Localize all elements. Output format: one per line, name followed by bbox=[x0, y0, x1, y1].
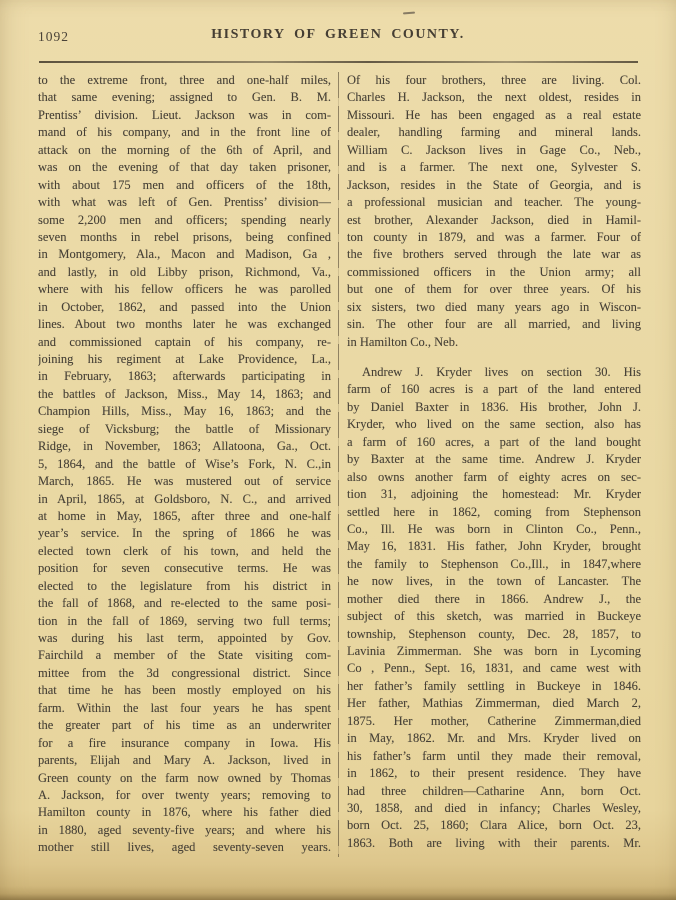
text-line: had three children—Catharine Ann, born O… bbox=[347, 783, 641, 800]
text-line: Kryder, who lived on the same section, a… bbox=[347, 416, 641, 433]
text-line: mittee from the 3d congressional distric… bbox=[38, 665, 331, 682]
text-line: mand of his company, and in the front li… bbox=[38, 124, 331, 141]
text-line: by Baxter at the same time. Andrew J. Kr… bbox=[347, 451, 641, 468]
text-line: Andrew J. Kryder lives on section 30. Hi… bbox=[347, 364, 641, 381]
text-line: the family to Stephenson Co.,Ill., in 18… bbox=[347, 556, 641, 573]
text-line: ton county in 1879, and was a farmer. Fo… bbox=[347, 229, 641, 246]
text-line: 5, 1864, and the battle of Wise’s Fork, … bbox=[38, 456, 331, 473]
text-line: attack on the morning of the 6th of Apri… bbox=[38, 142, 331, 159]
paragraph: Of his four brothers, three are living. … bbox=[347, 72, 641, 351]
text-line: siege of Vicksburg; the battle of Missio… bbox=[38, 421, 331, 438]
text-line: in 1862, to their present residence. The… bbox=[347, 765, 641, 782]
paragraph: Andrew J. Kryder lives on section 30. Hi… bbox=[347, 364, 641, 852]
text-line: with about 175 men and officers of the 1… bbox=[38, 177, 331, 194]
text-line: Hamilton county in 1876, where his fathe… bbox=[38, 804, 331, 821]
text-line: joining his regiment at Lake Providence,… bbox=[38, 351, 331, 368]
text-line: that same evening; assigned to Gen. B. M… bbox=[38, 89, 331, 106]
text-line: with what was left of Gen. Prentiss’ div… bbox=[38, 194, 331, 211]
column-divider bbox=[338, 72, 339, 857]
text-line: the five brothers served through the lat… bbox=[347, 246, 641, 263]
text-line: six sisters, two died many years ago in … bbox=[347, 299, 641, 316]
text-line: also owns another farm of eighty acres o… bbox=[347, 469, 641, 486]
text-line: some 2,200 men and officers; spending ne… bbox=[38, 212, 331, 229]
text-columns: to the extreme front, three and one-half… bbox=[38, 72, 641, 857]
text-line: settled here in 1862, coming from Stephe… bbox=[347, 504, 641, 521]
text-line: 1863. Both are living with their parents… bbox=[347, 835, 641, 852]
text-line: for a fire insurance company in Iowa. Hi… bbox=[38, 735, 331, 752]
text-line: tion in the fall of 1869, serving two fu… bbox=[38, 613, 331, 630]
text-line: Jackson, resides in the State of Georgia… bbox=[347, 177, 641, 194]
text-line: Green county on the farm now owned by Th… bbox=[38, 770, 331, 787]
text-line: 1875. Her mother, Catherine Zimmerman,di… bbox=[347, 713, 641, 730]
text-line: he now lives, in the town of Lancaster. … bbox=[347, 573, 641, 590]
paragraph: to the extreme front, three and one-half… bbox=[38, 72, 331, 857]
text-line: but one of them for over three years. Of… bbox=[347, 281, 641, 298]
text-line: was during his last term, appointed by G… bbox=[38, 630, 331, 647]
right-text-column: Of his four brothers, three are living. … bbox=[347, 72, 641, 857]
text-line: Prentiss’ division. Lieut. Jackson was i… bbox=[38, 107, 331, 124]
text-line: a professional musician and teacher. The… bbox=[347, 194, 641, 211]
text-line: in February, 1863; afterwards participat… bbox=[38, 368, 331, 385]
text-line: in Montgomery, Ala., Macon and Madison, … bbox=[38, 246, 331, 263]
text-line: year’s service. In the spring of 1866 he… bbox=[38, 525, 331, 542]
text-line: subject of this sketch, was married in B… bbox=[347, 608, 641, 625]
text-line: farm of 160 acres is a part of the land … bbox=[347, 381, 641, 398]
text-line: 30, 1858, and died in infancy; Charles W… bbox=[347, 800, 641, 817]
text-line: at home in May, 1865, after three and on… bbox=[38, 508, 331, 525]
text-line: mother still lives, aged seventy-seven y… bbox=[38, 839, 331, 856]
text-line: was on the evening of that day taken pri… bbox=[38, 159, 331, 176]
page-bottom-edge bbox=[0, 886, 676, 900]
text-line: Co , Penn., Sept. 16, 1831, and came wes… bbox=[347, 660, 641, 677]
text-line: dealer, handling farming and mineral lan… bbox=[347, 124, 641, 141]
text-line: May 16, 1831. His father, John Kryder, b… bbox=[347, 538, 641, 555]
text-line: and commissioned captain of his company,… bbox=[38, 334, 331, 351]
text-line: in April, 1865, at Goldsboro, N. C., and… bbox=[38, 491, 331, 508]
text-line: Her father, Mathias Zimmerman, died Marc… bbox=[347, 695, 641, 712]
text-line: in 1880, aged seventy-five years; and wh… bbox=[38, 822, 331, 839]
text-line: to the extreme front, three and one-half… bbox=[38, 72, 331, 89]
running-title: HISTORY OF GREEN COUNTY. bbox=[0, 27, 676, 43]
text-line: sin. The other four are all married, and… bbox=[347, 316, 641, 333]
text-line: township, Stephenson county, Dec. 28, 18… bbox=[347, 626, 641, 643]
text-line: position for seven consecutive terms. He… bbox=[38, 560, 331, 577]
text-line: a farm of 160 acres, a part of the land … bbox=[347, 434, 641, 451]
text-line: parents, Elijah and Mary A. Jackson, liv… bbox=[38, 752, 331, 769]
text-line: and lastly, in old Libby prison, Richmon… bbox=[38, 264, 331, 281]
text-line: in Hamilton Co., Neb. bbox=[347, 334, 641, 351]
text-line: where with his fellow officers he was pa… bbox=[38, 281, 331, 298]
text-line: Fairchild a member of the State visiting… bbox=[38, 647, 331, 664]
text-line: the battles of Jackson, Miss., May 14, 1… bbox=[38, 386, 331, 403]
book-page: 1092 HISTORY OF GREEN COUNTY. to the ext… bbox=[0, 0, 676, 900]
text-line: William C. Jackson lives in Gage Co., Ne… bbox=[347, 142, 641, 159]
text-line: est brother, Alexander Jackson, died in … bbox=[347, 212, 641, 229]
left-text-column: to the extreme front, three and one-half… bbox=[38, 72, 331, 857]
text-line: farm. Within the last four years he has … bbox=[38, 700, 331, 717]
text-line: the fall of 1868, and re-elected to the … bbox=[38, 595, 331, 612]
text-line: A. Jackson, for over twenty years; remov… bbox=[38, 787, 331, 804]
text-line: elected town clerk of his town, and held… bbox=[38, 543, 331, 560]
text-line: mother died there in 1866. Andrew J., th… bbox=[347, 591, 641, 608]
header-rule bbox=[39, 61, 638, 63]
text-line: March, 1865. He was mustered out of serv… bbox=[38, 473, 331, 490]
text-line: in May, 1862. Mr. and Mrs. Kryder lived … bbox=[347, 730, 641, 747]
scan-artifact-dash bbox=[403, 12, 415, 15]
text-line: Co., Ill. He was born in Clinton Co., Pe… bbox=[347, 521, 641, 538]
text-line: that time he has been mostly employed on… bbox=[38, 682, 331, 699]
text-line: Lavinia Zimmerman. She was born in Lycom… bbox=[347, 643, 641, 660]
text-line: her father’s family settling in Buckeye … bbox=[347, 678, 641, 695]
text-line: elected to the legislature from his dist… bbox=[38, 578, 331, 595]
text-line: commissioned officers in the Union army;… bbox=[347, 264, 641, 281]
text-line: and is a farmer. The next one, Sylvester… bbox=[347, 159, 641, 176]
text-line: in October, 1862, and passed into the Un… bbox=[38, 299, 331, 316]
text-line: lines. About two months later he was exc… bbox=[38, 316, 331, 333]
text-line: Champion Hills, Miss., May 16, 1863; and… bbox=[38, 403, 331, 420]
text-line: Ridge, in November, 1863; Allatoona, Ga.… bbox=[38, 438, 331, 455]
text-line: Charles H. Jackson, the next oldest, res… bbox=[347, 89, 641, 106]
text-line: born Oct. 25, 1860; Clara Alice, born Oc… bbox=[347, 817, 641, 834]
text-line: tion 31, adjoining the homestead: Mr. Kr… bbox=[347, 486, 641, 503]
text-line: Missouri. He has been engaged as a real … bbox=[347, 107, 641, 124]
text-line: seven months in rebel prisons, being con… bbox=[38, 229, 331, 246]
text-line: by Daniel Baxter in 1836. His brother, J… bbox=[347, 399, 641, 416]
text-line: his father’s farm until they made their … bbox=[347, 748, 641, 765]
text-line: the greater part of his time as an under… bbox=[38, 717, 331, 734]
text-line: Of his four brothers, three are living. … bbox=[347, 72, 641, 89]
